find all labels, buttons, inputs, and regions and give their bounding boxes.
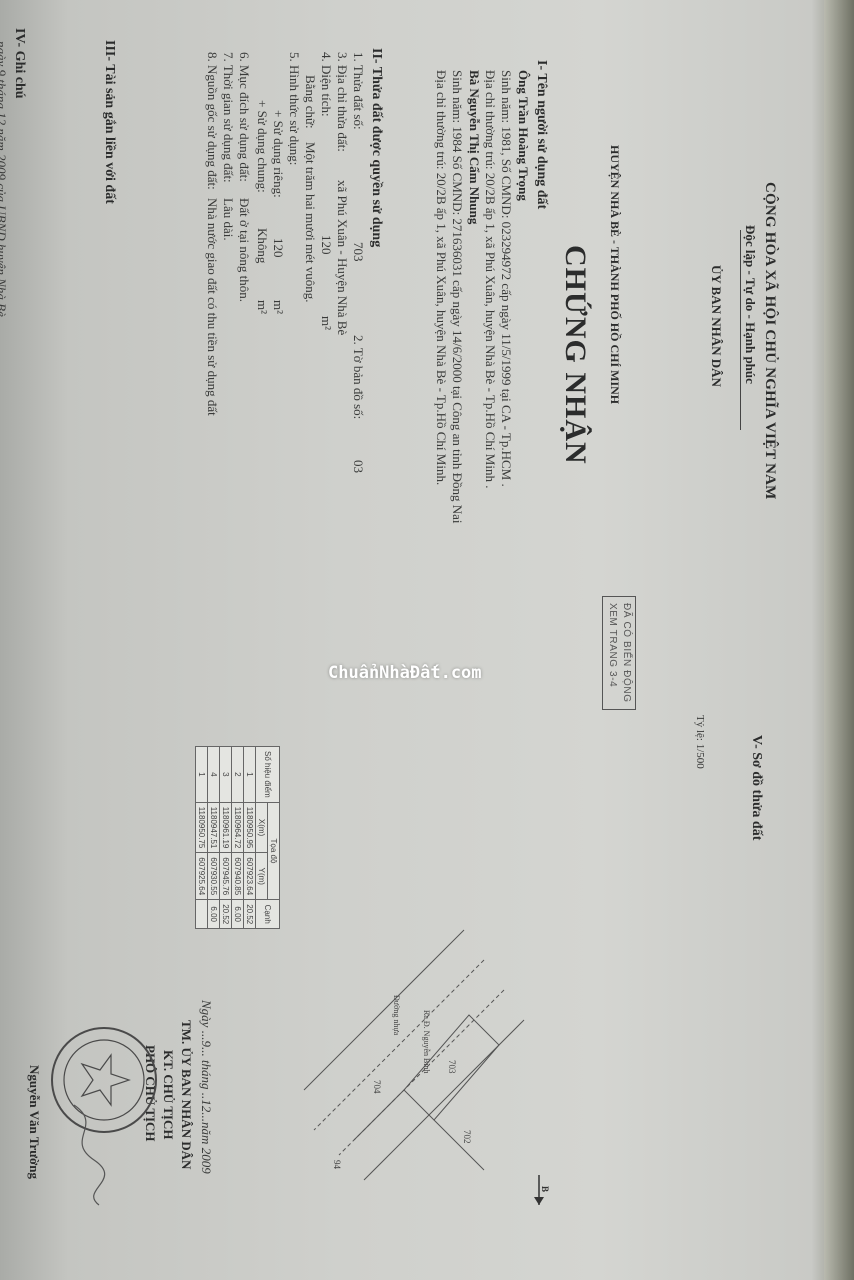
parcel-address-label: 3. Địa chỉ thửa đất:	[334, 52, 350, 152]
private-use-label: + Sử dụng riêng:	[270, 110, 286, 198]
owner-2-name: Bà Nguyễn Thị Cẩm Nhung	[466, 70, 482, 224]
shared-use-unit: m²	[254, 300, 270, 314]
watermark: ChuẩnNhàĐất.com	[328, 663, 482, 683]
neighbor-704: 704	[372, 1080, 382, 1094]
owner-1-name: Ông Trần Hoàng Trọng	[515, 70, 531, 201]
map-sheet-label: 2. Tờ bản đồ số:	[350, 335, 366, 419]
neighbor-702: 702	[462, 1130, 472, 1144]
owner-2-address: Địa chỉ thường trú: 20/2B ấp 1, xã Phú X…	[433, 70, 449, 485]
parcel-number-label: 1. Thửa đất số:	[350, 52, 366, 130]
section-3-heading: III- Tài sản gắn liền với đất	[101, 40, 117, 204]
header-underline	[740, 230, 741, 430]
document-photo: CỘNG HÒA XÃ HỘI CHỦ NGHĨA VIỆT NAM Độc l…	[0, 0, 854, 1280]
neighbor-94: 94	[332, 1160, 342, 1170]
signature-scribble	[54, 1100, 114, 1210]
col-x: X(m)	[256, 802, 268, 853]
land-certificate-page: CỘNG HÒA XÃ HỘI CHỦ NGHĨA VIỆT NAM Độc l…	[0, 0, 854, 1280]
sign-date: Ngày ...9... tháng ..12...năm 2009	[198, 1000, 214, 1174]
road-surface-label: Đường nhựa	[392, 995, 401, 1036]
parcel-diagram: 703 702 704 94 Ra Đ. Nguyễn Bình Đường n…	[214, 880, 544, 1200]
term-value: Lâu dài.	[220, 198, 236, 241]
note-text: ... ngày 9 tháng 12 năm 2009 của UBND hu…	[0, 28, 9, 317]
area-label: 4. Diện tích:	[318, 52, 334, 117]
area-words-value: Một trăm hai mươi mét vuông.	[302, 142, 318, 303]
sign-org: TM. ỦY BAN NHÂN DÂN	[178, 1020, 194, 1169]
owner-1-address: Địa chỉ thường trú: 20/2B ấp 1, xã Phú X…	[482, 70, 498, 488]
change-stamp-line2: XEM TRANG 3-4	[605, 603, 619, 703]
road-label: Ra Đ. Nguyễn Bình	[422, 1010, 431, 1074]
shared-use-label: + Sử dụng chung:	[254, 100, 270, 193]
north-arrow-icon: B	[524, 1170, 554, 1210]
road-edge-line	[304, 930, 464, 1090]
private-use-unit: m²	[270, 300, 286, 314]
country-header: CỘNG HÒA XÃ HỘI CHỦ NGHĨA VIỆT NAM	[761, 182, 778, 500]
change-stamp-line1: ĐÃ CÓ BIẾN ĐỘNG	[619, 603, 633, 703]
area-unit: m²	[318, 316, 334, 330]
area-value: 120	[318, 235, 334, 255]
district-header: HUYỆN NHÀ BÈ - THÀNH PHỐ HỒ CHÍ MINH	[607, 145, 622, 404]
map-scale: Tỷ lệ: 1/500	[694, 715, 706, 769]
motto: Độc lập - Tự do - Hạnh phúc	[742, 225, 758, 384]
section-4-heading: IV- Ghi chú	[11, 28, 27, 99]
road-centerline	[314, 960, 484, 1130]
origin-label: 8. Nguồn gốc sử dụng đất:	[204, 52, 220, 190]
issuer: ỦY BAN NHÂN DÂN	[708, 265, 724, 387]
private-use-value: 120	[270, 238, 286, 258]
term-label: 7. Thời gian sử dụng đất:	[220, 52, 236, 183]
section-1-heading: I- Tên người sử dụng đất	[533, 60, 549, 209]
section-5-heading: V- Sơ đồ thửa đất	[748, 735, 764, 840]
svg-text:B: B	[540, 1186, 550, 1192]
change-stamp: ĐÃ CÓ BIẾN ĐỘNG XEM TRANG 3-4	[602, 596, 636, 710]
map-sheet-value: 03	[350, 460, 366, 473]
table-row: 11180950.75607925.64	[196, 747, 208, 929]
parcel-address-value: xã Phú Xuân - Huyện Nhà Bè	[334, 180, 350, 335]
photo-edge	[824, 0, 854, 1280]
owner-1-id: Sinh năm: 1981, Số CMND: 023294972 cấp n…	[498, 70, 514, 487]
purpose-label: 6. Mục đích sử dụng đất:	[236, 52, 252, 182]
area-words-label: Bằng chữ:	[302, 75, 318, 129]
certificate-title: CHỨNG NHẬN	[558, 245, 592, 465]
signer-name: Nguyễn Văn Trường	[26, 1065, 42, 1179]
parcel-number: 703	[447, 1060, 457, 1074]
col-point: Số hiệu điểm	[256, 747, 280, 803]
section-2-heading: II- Thửa đất được quyền sử dụng	[368, 48, 384, 247]
parcel-number-value: 703	[350, 242, 366, 262]
purpose-value: Đất ở tại nông thôn.	[236, 198, 252, 302]
origin-value: Nhà nước giao đất có thu tiền sử dụng đấ…	[204, 198, 220, 416]
shared-use-value: Không	[254, 228, 270, 263]
usage-form-label: 5. Hình thức sử dụng:	[286, 52, 302, 165]
owner-2-id: Sinh năm: 1984 Số CMND: 271636031 cấp ng…	[449, 70, 465, 524]
